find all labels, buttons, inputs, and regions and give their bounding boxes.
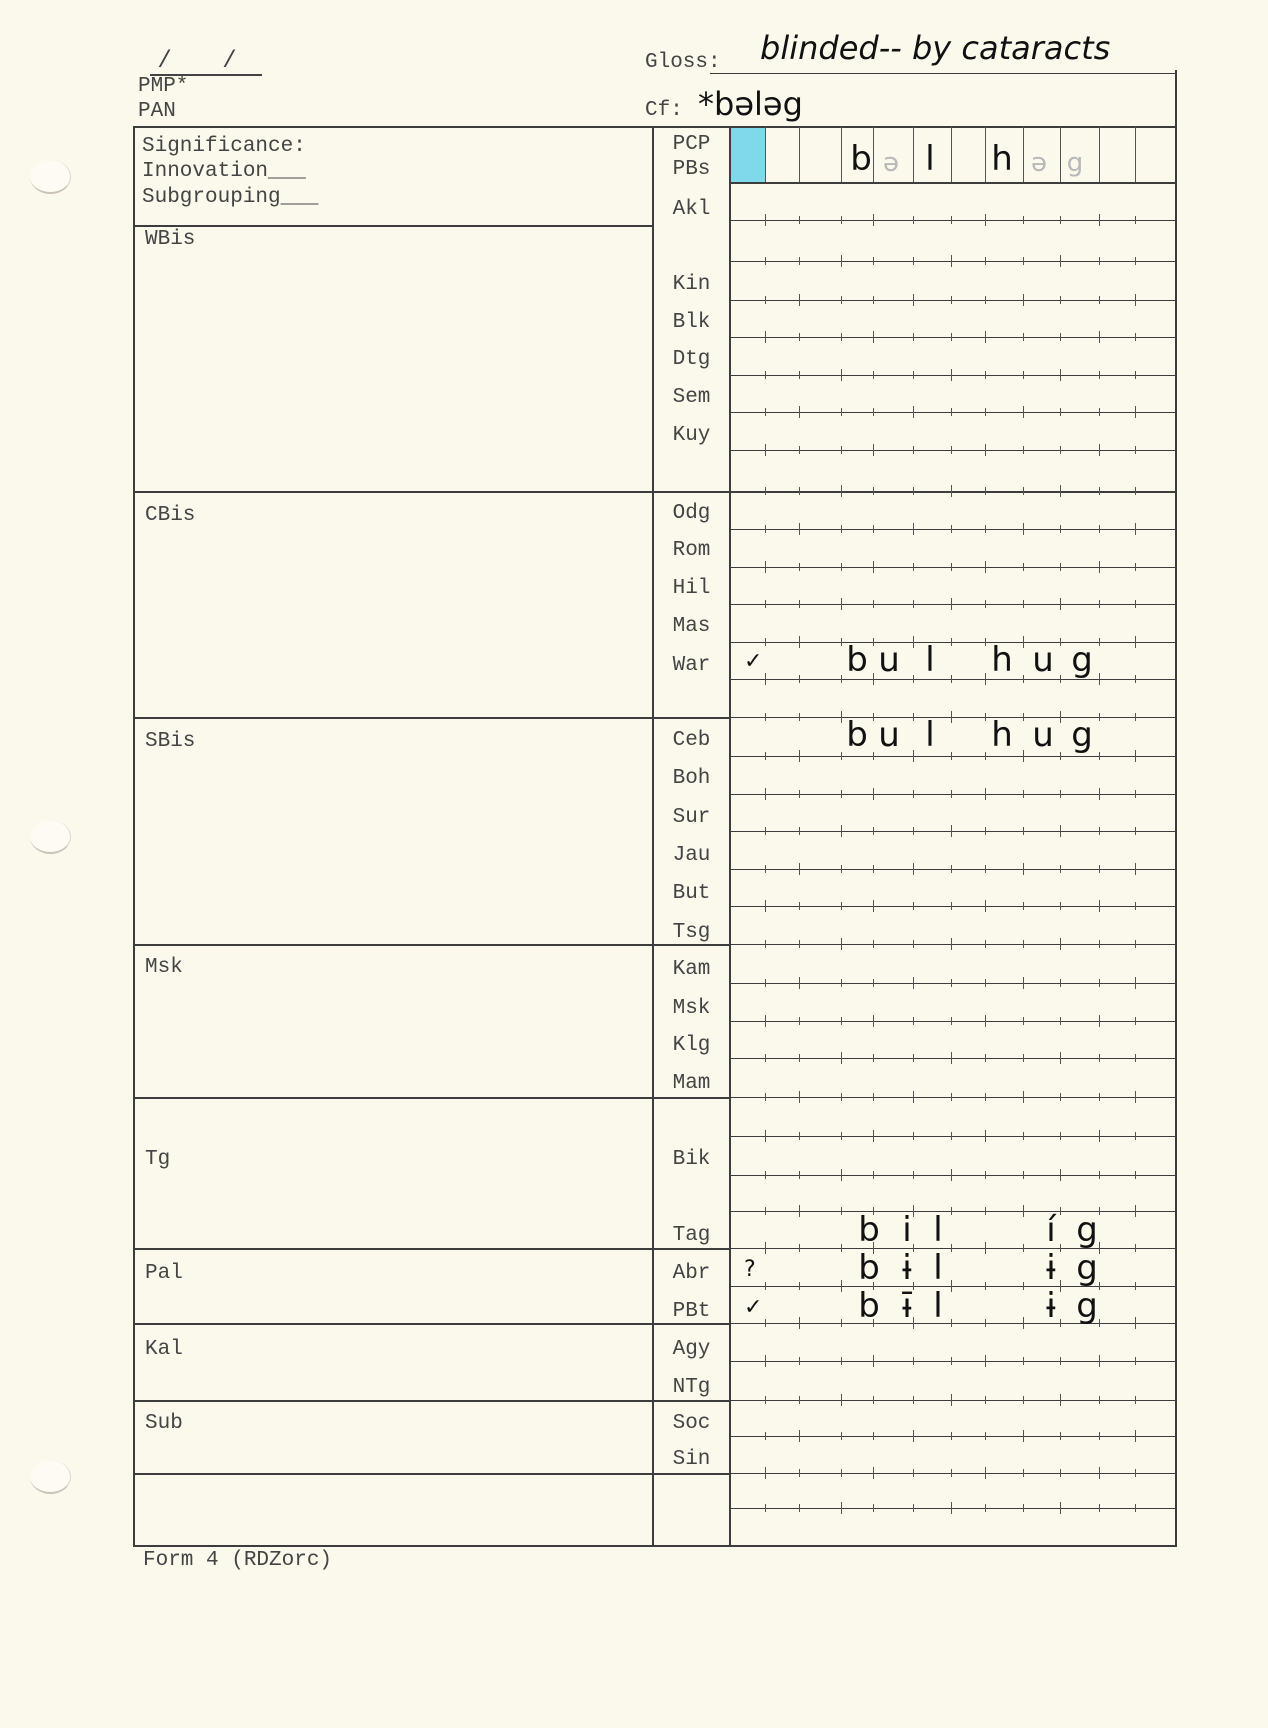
segment-tick [1060,1502,1061,1514]
header-cell-divider [1135,127,1136,182]
reconstruction-segment: h [991,142,1013,176]
cf-label: Cf: [645,100,683,121]
lang-row-kuy[interactable] [732,419,1174,451]
lang-label-sem: Sem [653,386,730,409]
grid-right [1175,70,1177,1546]
header-cell-divider [873,127,874,182]
grid-row-line [730,567,1176,568]
lang-row-klg[interactable] [732,1029,1174,1061]
form-segment: ɨ̄ [902,1289,911,1323]
lang-row-kin[interactable] [732,268,1174,300]
form-segment: b [846,643,868,677]
segment-tick [841,485,842,497]
segment-tick [913,487,914,495]
section-divider-lang [652,1323,731,1325]
form-segment: b [858,1213,880,1247]
gloss-value[interactable]: blinded-- by cataracts [760,32,1110,64]
section-notes-area[interactable] [136,1325,651,1399]
lang-row-tsg[interactable] [732,916,1174,948]
lang-label-msk: Msk [653,997,730,1020]
segment-tick [913,713,914,721]
lang-row-ntg[interactable] [732,1371,1174,1403]
section-divider-lang [652,1400,731,1402]
grid-row-line [730,717,1176,718]
grid-row-line [730,491,1176,492]
lang-label-mas: Mas [653,615,730,638]
lang-row-rom[interactable] [732,534,1174,566]
segment-tick [951,255,952,267]
lang-label-abr: Abr [653,1262,730,1285]
date-field[interactable]: / / [150,50,262,76]
binder-hole-middle [30,820,71,854]
grid-left [729,126,731,1546]
segment-tick [1099,257,1100,265]
section-notes-area[interactable] [136,493,651,716]
lang-row-abr[interactable] [732,1257,1174,1289]
form-segment: u [1032,643,1054,677]
form-segment: i [902,1213,911,1247]
segment-tick [799,487,800,495]
segment-tick [873,713,874,721]
form-segment: l [925,718,934,752]
lang-label-agy: Agy [653,1338,730,1361]
reconstruction-segment: ə [1031,150,1047,176]
segment-tick [951,711,952,723]
form-segment: u [878,718,900,752]
table-top-border [133,126,1177,128]
section-notes-area[interactable] [136,946,651,1096]
segment-tick [799,1132,800,1140]
lang-row-pbt[interactable] [732,1295,1174,1327]
form-segment: g [1076,1213,1098,1247]
segment-tick [1060,485,1061,497]
section-notes-area[interactable] [136,1099,651,1247]
segment-tick [765,1504,766,1512]
lang-label-kin: Kin [653,273,730,296]
form-segment: u [878,643,900,677]
lang-row-msk[interactable] [732,992,1174,1024]
segment-tick [841,1132,842,1140]
segment-tick [951,485,952,497]
segment-tick [913,1504,914,1512]
form-segment: g [1076,1289,1098,1323]
reconstruction-segment: l [925,142,934,176]
table-bottom-border [133,1545,1177,1547]
checkmark-icon: ✓ [744,1297,762,1319]
form-segment: h [991,643,1013,677]
segment-tick [985,1504,986,1512]
lang-row-hil[interactable] [732,572,1174,604]
form-segment: g [1076,1251,1098,1285]
lang-label-kam: Kam [653,958,730,981]
grid-row-line [730,1175,1176,1176]
segment-tick [951,1207,952,1215]
form-segment: ɨ [1046,1251,1055,1285]
segment-tick [1060,1207,1061,1215]
segment-tick [841,1502,842,1514]
segment-tick [799,1205,800,1217]
header-cell-divider [841,127,842,182]
segment-tick [873,1130,874,1142]
pcp-highlight-cell [731,128,765,182]
lang-label-ntg: NTg [653,1376,730,1399]
cf-value[interactable]: *bələg [698,88,803,120]
segment-tick [841,255,842,267]
question-mark: ? [744,1259,756,1281]
segment-tick [799,713,800,721]
lang-label-bik: Bik [653,1148,730,1171]
section-divider-lang [652,717,731,719]
segment-tick [1099,1207,1100,1215]
section-notes-area[interactable] [136,719,651,943]
segment-tick [799,257,800,265]
grid-row-line [730,300,1176,301]
lang-row-sin[interactable] [732,1443,1174,1475]
checkmark-icon: ✓ [744,651,762,673]
lang-label-ceb: Ceb [653,729,730,752]
lang-row-ceb[interactable] [732,724,1174,756]
reconstruction-segment: b [850,142,872,176]
form-segment: b [846,718,868,752]
lang-row-mas[interactable] [732,610,1174,642]
lang-label-pcp: PCP [653,133,730,156]
form-segment: b [858,1251,880,1285]
segment-tick [913,1132,914,1140]
lang-label-sin: Sin [653,1448,730,1471]
grid-row-line [730,756,1176,757]
lang-column-left [652,126,654,1546]
lang-row-agy[interactable] [732,1333,1174,1365]
section-divider-lang [652,1473,731,1475]
segment-tick [1023,487,1024,495]
lang-label-boh: Boh [653,767,730,790]
form-segment: l [933,1251,942,1285]
header-cell-divider [765,127,766,182]
grid-row-line [730,1136,1176,1137]
form-segment: u [1032,718,1054,752]
lang-label-odg: Odg [653,502,730,525]
lang-row-akl[interactable] [732,193,1174,225]
segment-tick [1099,1504,1100,1512]
lang-row-war[interactable] [732,649,1174,681]
segment-tick [1023,1504,1024,1512]
lang-row-jau[interactable] [732,839,1174,871]
segment-tick [841,711,842,723]
segment-tick [985,1207,986,1215]
gloss-label: Gloss: [645,52,721,73]
form-segment: ɨ [1046,1289,1055,1323]
grid-row-line [730,261,1176,262]
header-cell-divider [951,127,952,182]
segment-tick [841,1207,842,1215]
form-segment: ɨ [902,1251,911,1285]
lang-label-tsg: Tsg [653,921,730,944]
lang-label-war: War [653,654,730,677]
segment-tick [1060,1132,1061,1140]
segment-tick [873,487,874,495]
reconstruction-segment: ə [883,150,899,176]
form-segment: b [858,1289,880,1323]
table-left-border [133,126,135,1546]
innovation-field[interactable]: Innovation___ [142,161,306,182]
lang-row-soc[interactable] [732,1407,1174,1439]
form-segment: l [933,1289,942,1323]
segment-tick [985,487,986,495]
header-cell-divider [799,127,800,182]
segment-tick [765,713,766,721]
segment-tick [1135,487,1136,495]
significance-title: Significance: [142,136,306,157]
lang-label-soc: Soc [653,1412,730,1435]
lang-row-blk[interactable] [732,306,1174,338]
lang-row-dtg[interactable] [732,343,1174,375]
grid-row-line [730,604,1176,605]
lang-label-klg: Klg [653,1034,730,1057]
lang-label-but: But [653,882,730,905]
section-notes-area[interactable] [136,1402,651,1472]
segment-tick [951,1132,952,1140]
lang-label-dtg: Dtg [653,348,730,371]
section-notes-area[interactable] [136,1475,651,1544]
section-divider-lang [652,1248,731,1250]
lang-label-tag: Tag [653,1224,730,1247]
segment-tick [873,257,874,265]
lang-label-kuy: Kuy [653,424,730,447]
grid-row-line [730,1508,1176,1509]
lang-label-blk: Blk [653,311,730,334]
header-cell-divider [1060,127,1061,182]
protolang-pan: PAN [138,101,176,122]
segment-tick [1023,1132,1024,1140]
form-segment: g [1071,643,1093,677]
grid-row-line [730,794,1176,795]
segment-tick [1099,1130,1100,1142]
grid-row-line [730,529,1176,530]
form-segment: h [991,718,1013,752]
lang-label-jau: Jau [653,844,730,867]
segment-tick [1135,1132,1136,1140]
lang-label-mam: Mam [653,1072,730,1095]
segment-tick [985,713,986,721]
section-divider-lang [652,491,731,493]
form-label: Form 4 (RDZorc) [143,1550,332,1571]
segment-tick [1023,713,1024,721]
reconstruction-segment: g [1067,150,1084,176]
lang-label-pbt: PBt [653,1300,730,1323]
gloss-underline [710,73,1176,74]
header-cell-divider [1023,127,1024,182]
segment-tick [951,1502,952,1514]
subgrouping-field[interactable]: Subgrouping___ [142,187,318,208]
lang-row-mam[interactable] [732,1067,1174,1099]
header-cell-divider [913,127,914,182]
segment-tick [913,1205,914,1217]
binder-hole-top [30,160,71,194]
section-divider-lang [652,944,731,946]
protolang-pmp: PMP* [138,76,188,97]
lang-label-hil: Hil [653,577,730,600]
segment-tick [1023,257,1024,265]
segment-tick [765,487,766,495]
section-divider-lang [652,1097,731,1099]
segment-tick [1135,1205,1136,1217]
lang-row-tag[interactable] [732,1219,1174,1251]
segment-tick [1135,1504,1136,1512]
segment-tick [873,1504,874,1512]
lang-label-pbs: PBs [653,158,730,181]
segment-tick [985,1130,986,1142]
segment-tick [985,257,986,265]
grid-row-line [730,642,1176,643]
segment-tick [1099,713,1100,721]
segment-tick [1060,711,1061,723]
lang-row-boh[interactable] [732,762,1174,794]
lang-row-bik[interactable] [732,1143,1174,1175]
segment-tick [1135,713,1136,721]
lang-row-odg[interactable] [732,497,1174,529]
segment-tick [765,257,766,265]
grid-row-line [730,1211,1176,1212]
header-cell-divider [985,127,986,182]
segment-tick [1099,487,1100,495]
lang-row-kam[interactable] [732,953,1174,985]
header-cell-divider [1099,127,1100,182]
form-segment: l [925,643,934,677]
header-row-bottom [729,182,1176,184]
significance-divider [133,225,653,227]
form-segment: g [1071,718,1093,752]
form-segment: l [933,1213,942,1247]
segment-tick [913,257,914,265]
segment-tick [1060,255,1061,267]
form-segment: í [1046,1213,1055,1247]
lang-label-rom: Rom [653,539,730,562]
segment-tick [765,1207,766,1215]
lang-row-sem[interactable] [732,381,1174,413]
lang-label-sur: Sur [653,806,730,829]
segment-tick [765,1130,766,1142]
segment-tick [1135,257,1136,265]
grid-row-line [730,375,1176,376]
segment-tick [799,1504,800,1512]
section-notes-area[interactable] [136,228,651,490]
lang-row-sur[interactable] [732,801,1174,833]
section-notes-area[interactable] [136,1250,651,1322]
lang-label-akl: Akl [653,198,730,221]
lang-row-but[interactable] [732,877,1174,909]
binder-hole-bottom [30,1460,71,1494]
segment-tick [1023,1205,1024,1217]
